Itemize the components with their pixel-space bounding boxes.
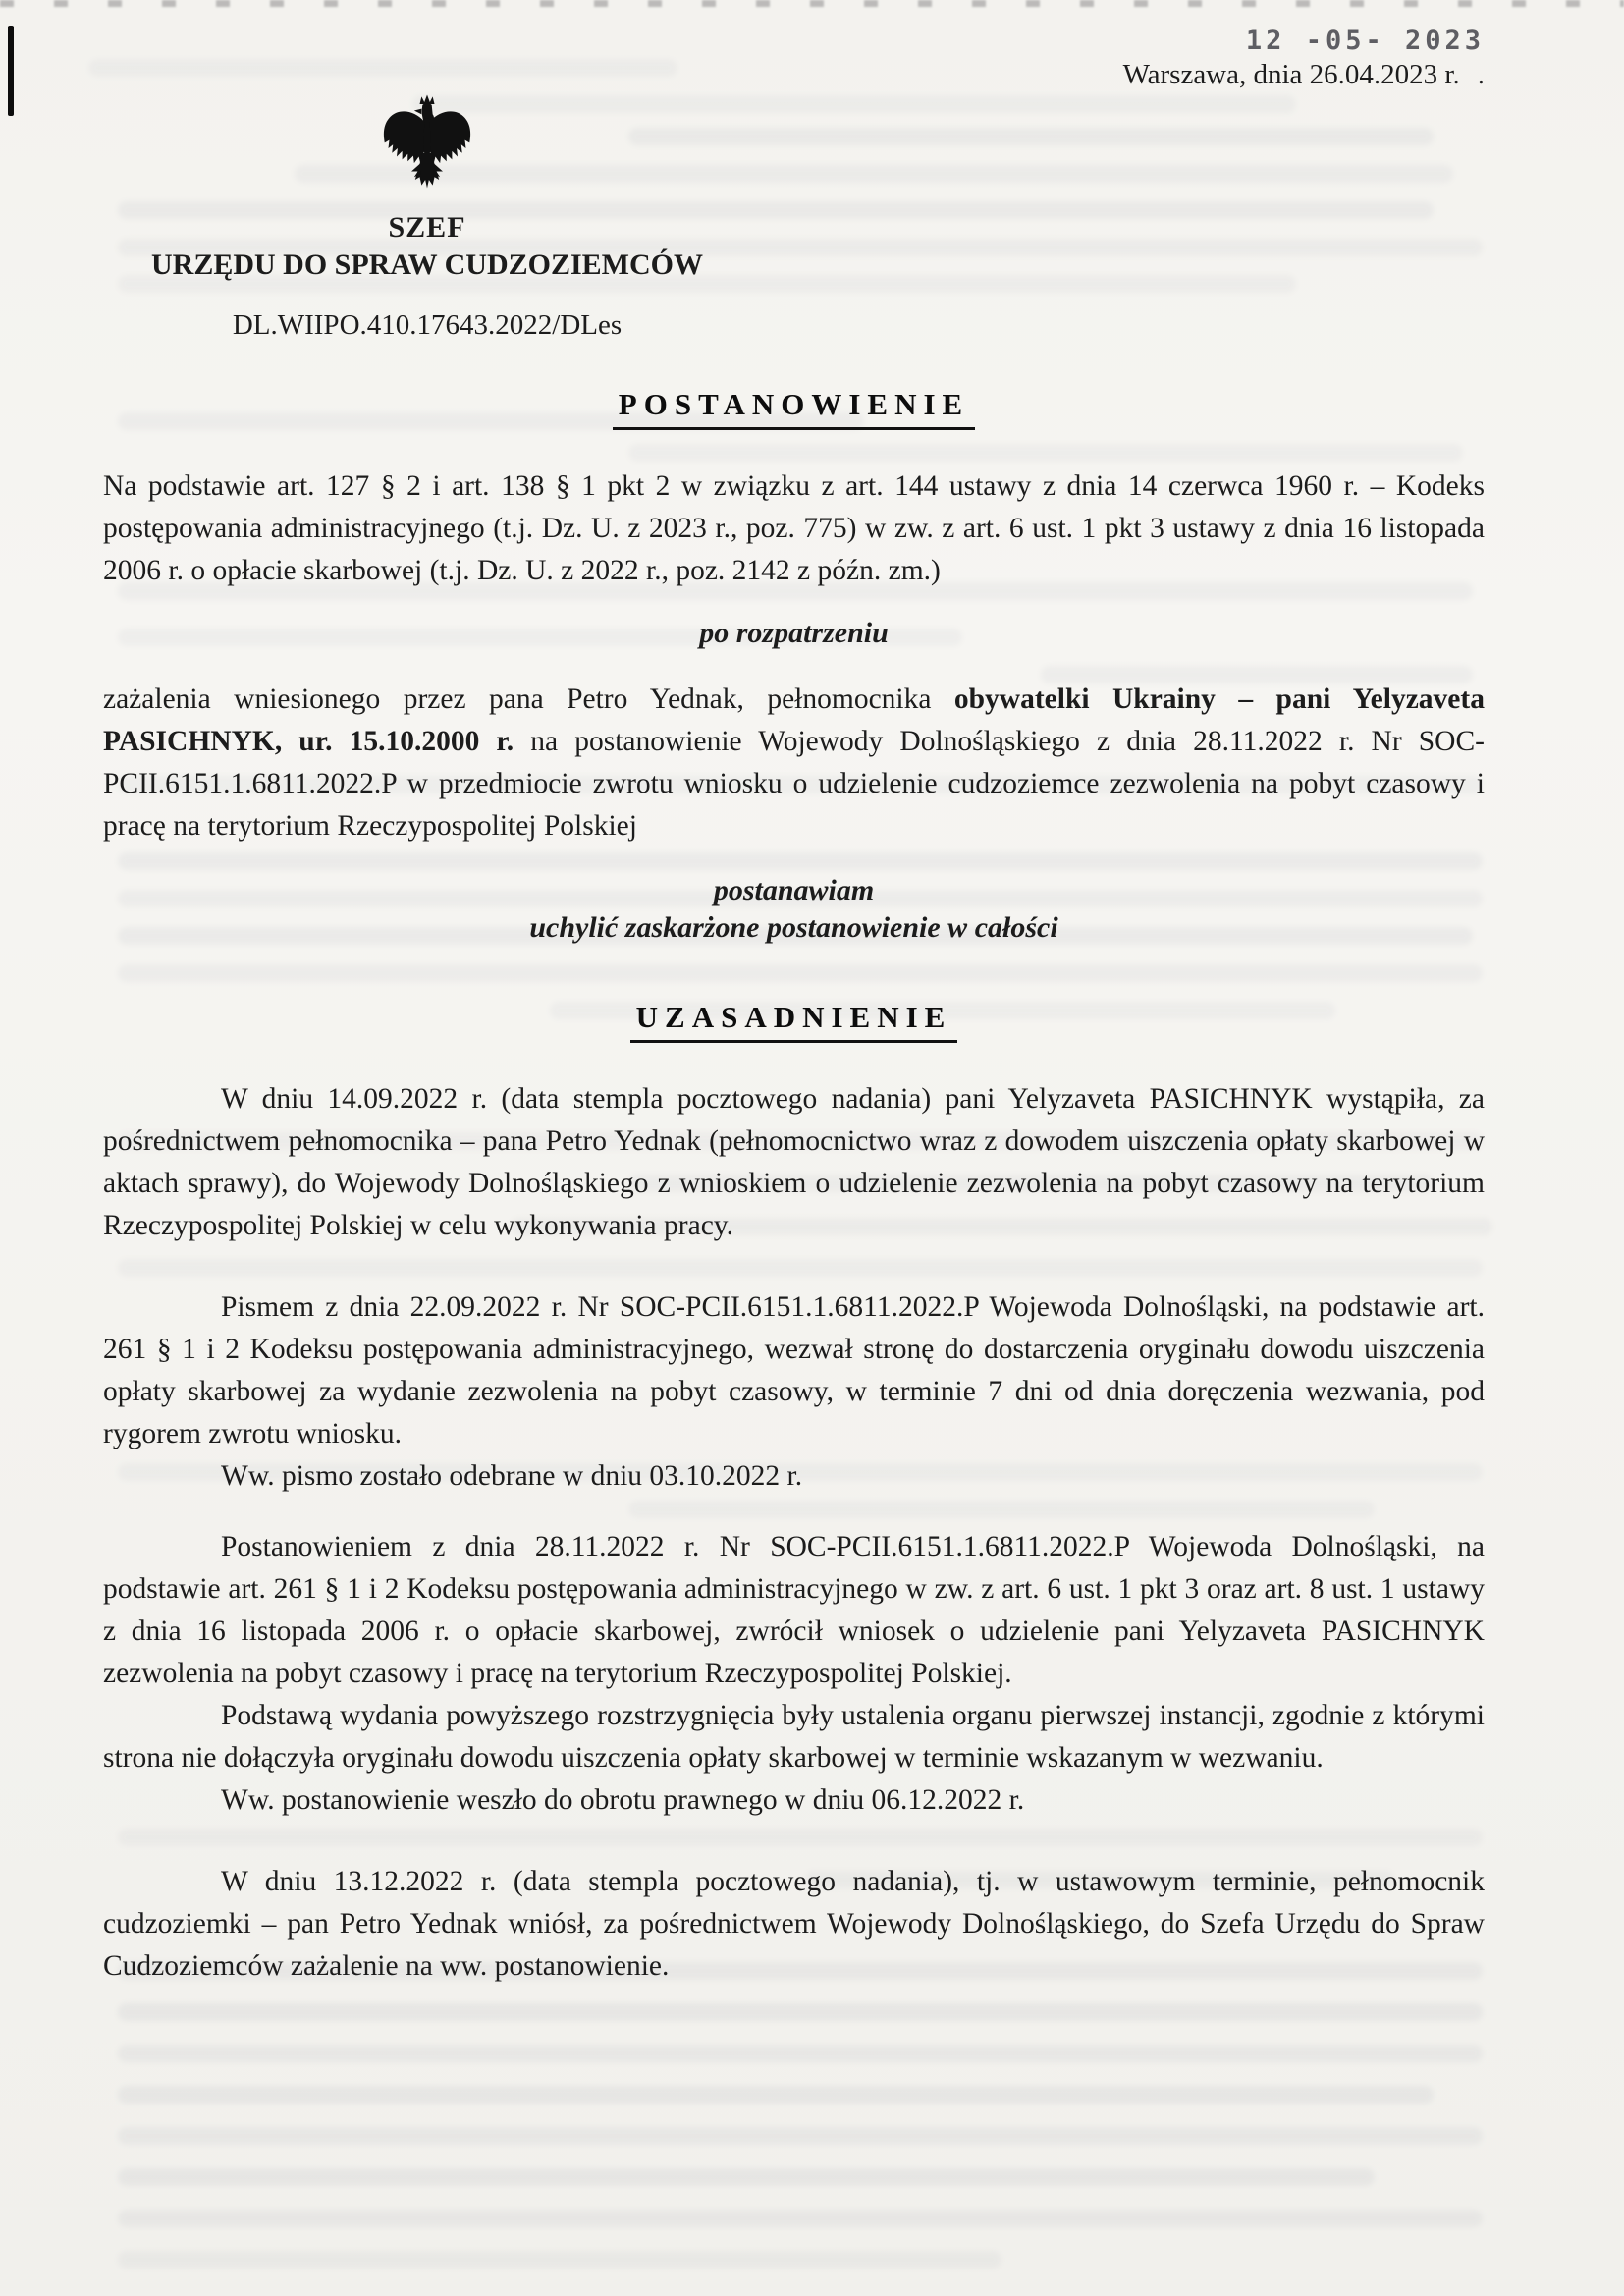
po-rozpatrzeniu-line: po rozpatrzeniu [103,615,1485,652]
document-content: 12 -05- 2023 Warszawa, dnia 26.04.2023 r… [0,0,1624,1988]
justification-heading-text: UZASADNIENIE [630,1000,958,1043]
received-date-stamp: 12 -05- 2023 [103,26,1485,56]
scan-artifact-left-bar [8,26,14,116]
complaint-text-pre: zażalenia wniesionego przez pana Petro Y… [103,683,954,715]
issuer-title-line1: SZEF [103,211,751,245]
justification-heading: UZASADNIENIE [103,1000,1485,1043]
issuer-title-line2: URZĘDU DO SPRAW CUDZOZIEMCÓW [103,248,751,282]
scan-artifact-top-edge [0,0,1624,7]
decision-word-line: postanawiam [103,872,1485,909]
justification-paragraph-7: W dniu 13.12.2022 r. (data stempla poczt… [103,1861,1485,1988]
justification-paragraph-3: Ww. pismo zostało odebrane w dniu 03.10.… [103,1455,1485,1498]
decision-text-line: uchylić zaskarżone postanowienie w całoś… [103,909,1485,947]
document-title-text: POSTANOWIENIE [613,387,975,430]
justification-paragraph-2: Pismem z dnia 22.09.2022 r. Nr SOC-PCII.… [103,1286,1485,1455]
bleed-through-line [118,2251,1001,2269]
bleed-through-line [118,2045,1483,2062]
eagle-icon [381,93,473,205]
stray-dot-artifact: . [1478,59,1485,91]
legal-basis-paragraph: Na podstawie art. 127 § 2 i art. 138 § 1… [103,465,1485,592]
bleed-through-line [118,2003,1483,2021]
bleed-through-line [118,2210,1483,2227]
bleed-through-line [118,2086,1434,2104]
complaint-paragraph: zażalenia wniesionego przez pana Petro Y… [103,679,1485,847]
justification-paragraph-6: Ww. postanowienie weszło do obrotu prawn… [103,1779,1485,1822]
polish-eagle-emblem [103,93,751,205]
bleed-through-line [118,2127,1483,2145]
place-date-line: Warszawa, dnia 26.04.2023 r.. [103,59,1485,91]
justification-paragraph-4: Postanowieniem z dnia 28.11.2022 r. Nr S… [103,1526,1485,1695]
issuer-header: SZEF URZĘDU DO SPRAW CUDZOZIEMCÓW DL.WII… [103,93,751,342]
case-reference-number: DL.WIIPO.410.17643.2022/DLes [103,309,751,342]
justification-paragraph-5: Podstawą wydania powyższego rozstrzygnię… [103,1695,1485,1779]
justification-paragraph-1: W dniu 14.09.2022 r. (data stempla poczt… [103,1078,1485,1247]
place-date-text: Warszawa, dnia 26.04.2023 r. [1123,59,1460,90]
document-title: POSTANOWIENIE [103,387,1485,430]
bleed-through-line [118,2168,1375,2186]
document-page: 12 -05- 2023 Warszawa, dnia 26.04.2023 r… [0,0,1624,2296]
